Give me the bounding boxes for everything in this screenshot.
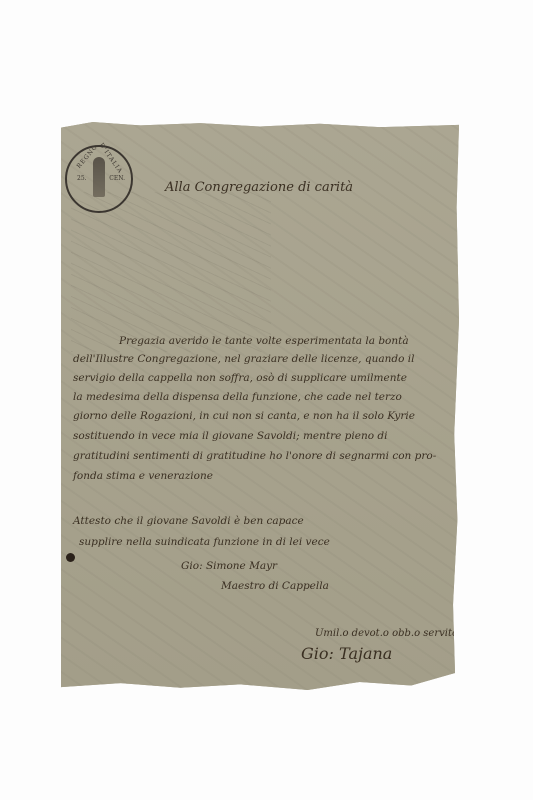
attestation-signer-title: Maestro di Cappella [221,580,329,592]
attestation-line-1: Attesto che il giovane Savoldi è ben cap… [73,515,304,527]
body-line-3: servigio della cappella non soffra, osò … [73,372,407,384]
body-line-6: sostituendo in vece mia il giovane Savol… [73,430,387,442]
body-line-7: gratitudini sentimenti di gratitudine ho… [73,450,436,462]
letter-address: Alla Congregazione di carità [165,180,353,195]
body-line-8: fonda stima e venerazione [73,470,213,482]
closing-signature: Gio: Tajana [301,644,392,663]
tax-stamp: REGNO D'ITALIA 25. CEN. [65,145,133,213]
body-line-4: la medesima della dispensa della funzion… [73,391,402,403]
stamp-unit: CEN. [109,175,125,182]
body-line-2: dell'Illustre Congregazione, nel graziar… [73,353,414,365]
attestation-line-2: supplire nella suindicata funzione in di… [79,536,330,548]
bleed-through-text [71,192,271,352]
stamp-figure-icon [93,157,105,197]
attestation-signer: Gio: Simone Mayr [181,560,277,572]
body-line-5: giorno delle Rogazioni, in cui non si ca… [73,410,415,422]
stamp-value: 25. [77,175,87,182]
ink-blot [66,553,75,562]
letter-paper: REGNO D'ITALIA 25. CEN. Alla Congregazio… [61,122,459,690]
closing-formula: Umil.o devot.o obb.o servitore [315,628,469,639]
body-line-1: Pregazia averido le tante volte esperime… [119,335,409,347]
